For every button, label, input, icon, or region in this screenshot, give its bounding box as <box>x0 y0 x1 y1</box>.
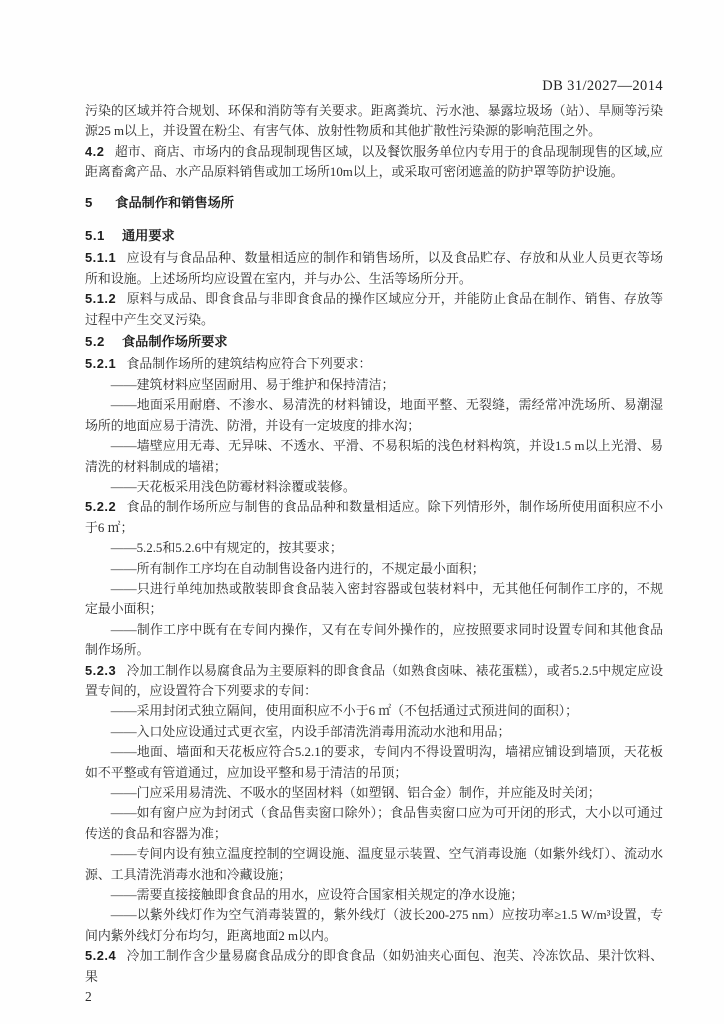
clause-text: 冷加工制作以易腐食品为主要原料的即食食品（如熟食卤味、裱花蛋糕），或者5.2.5… <box>85 664 663 698</box>
dash-list-item: ——入口处应设通过式更衣室，内设手部清洗消毒用流动水池和用品； <box>85 722 663 742</box>
clause-number: 5.1 <box>85 228 105 243</box>
dash-list-item: ——专间内设有独立温度控制的空调设施、温度显示装置、空气消毒设施（如紫外线灯）、… <box>85 844 663 885</box>
dash-list-item: ——建筑材料应坚固耐用、易于维护和保持清洁； <box>85 375 663 395</box>
section-heading: 5.1通用要求 <box>85 226 663 246</box>
dash-list-item: ——天花板采用浅色防霉材料涂覆或装修。 <box>85 477 663 497</box>
dash-list-item: ——以紫外线灯作为空气消毒装置的，紫外线灯（波长200-275 nm）应按功率≥… <box>85 905 663 946</box>
dash-list-item: ——地面、墙面和天花板应符合5.2.1的要求，专间内不得设置明沟，墙裙应铺设到墙… <box>85 742 663 783</box>
clause-number: 5.1.2 <box>85 291 116 306</box>
clause-paragraph: 5.2.2食品的制作场所应与制售的食品品种和数量相适应。除下列情形外，制作场所使… <box>85 497 663 538</box>
clause-text: 冷加工制作含少量易腐食品成分的即食食品（如奶油夹心面包、泡芙、冷冻饮品、果汁饮料… <box>85 949 663 983</box>
chapter-heading: 5食品制作和销售场所 <box>85 193 663 213</box>
clause-number: 5.1.1 <box>85 250 116 265</box>
clause-number: 5.2.4 <box>85 948 116 963</box>
dash-list-item: ——5.2.5和5.2.6中有规定的，按其要求； <box>85 538 663 558</box>
clause-text: 食品制作场所要求 <box>122 334 228 349</box>
dash-list-item: ——地面采用耐磨、不渗水、易清洗的材料铺设，地面平整、无裂缝，需经常冲洗场所、易… <box>85 395 663 436</box>
clause-text: 超市、商店、市场内的食品现制现售区域，以及餐饮服务单位内专用于的食品现制现售的区… <box>85 145 663 179</box>
clause-text: 食品的制作场所应与制售的食品品种和数量相适应。除下列情形外，制作场所使用面积应不… <box>85 500 663 534</box>
clause-number: 4.2 <box>85 144 104 159</box>
dash-list-item: ——采用封闭式独立隔间，使用面积应不小于6 ㎡（不包括通过式预进间的面积）； <box>85 701 663 721</box>
clause-number: 5 <box>85 195 93 210</box>
clause-paragraph: 4.2超市、商店、市场内的食品现制现售区域，以及餐饮服务单位内专用于的食品现制现… <box>85 142 663 183</box>
clause-text: 应设有与食品品种、数量相适应的制作和销售场所，以及食品贮存、存放和从业人员更衣等… <box>85 251 663 285</box>
clause-number: 5.2.2 <box>85 499 116 514</box>
page-number: 2 <box>85 989 663 1005</box>
document-page: DB 31/2027—2014 污染的区域并符合规划、环保和消防等有关要求。距离… <box>0 0 724 1024</box>
clause-paragraph: 5.2.4冷加工制作含少量易腐食品成分的即食食品（如奶油夹心面包、泡芙、冷冻饮品… <box>85 946 663 987</box>
section-heading: 5.2食品制作场所要求 <box>85 332 663 352</box>
clause-number: 5.2 <box>85 334 105 349</box>
clause-text: 通用要求 <box>122 228 175 243</box>
document-body: 污染的区域并符合规划、环保和消防等有关要求。距离粪坑、污水池、暴露垃圾场（站）、… <box>85 101 663 1005</box>
dash-list-item: ——只进行单纯加热或散装即食食品装入密封容器或包装材料中，无其他任何制作工序的，… <box>85 579 663 620</box>
dash-list-item: ——如有窗户应为封闭式（食品售卖窗口除外）；食品售卖窗口应为可开闭的形式，大小以… <box>85 803 663 844</box>
dash-list-item: ——制作工序中既有在专间内操作，又有在专间外操作的，应按照要求同时设置专间和其他… <box>85 620 663 661</box>
clause-paragraph: 5.2.3冷加工制作以易腐食品为主要原料的即食食品（如熟食卤味、裱花蛋糕），或者… <box>85 661 663 702</box>
dash-list-item: ——门应采用易清洗、不吸水的坚固材料（如塑钢、铝合金）制作，并应能及时关闭； <box>85 783 663 803</box>
dash-list-item: ——需要直接接触即食食品的用水，应设符合国家相关规定的净水设施； <box>85 885 663 905</box>
dash-list-item: ——所有制作工序均在自动制售设备内进行的，不规定最小面积； <box>85 559 663 579</box>
clause-paragraph: 5.1.1应设有与食品品种、数量相适应的制作和销售场所，以及食品贮存、存放和从业… <box>85 248 663 289</box>
clause-number: 5.2.1 <box>85 356 116 371</box>
clause-paragraph: 5.2.1食品制作场所的建筑结构应符合下列要求： <box>85 354 663 374</box>
clause-text: 食品制作和销售场所 <box>115 195 234 210</box>
standard-number: DB 31/2027—2014 <box>85 78 663 95</box>
continued-paragraph: 污染的区域并符合规划、环保和消防等有关要求。距离粪坑、污水池、暴露垃圾场（站）、… <box>85 101 663 142</box>
clause-number: 5.2.3 <box>85 663 116 678</box>
clause-text: 食品制作场所的建筑结构应符合下列要求： <box>126 357 371 371</box>
clause-text: 原料与成品、即食食品与非即食食品的操作区域应分开，并能防止食品在制作、销售、存放… <box>85 292 663 326</box>
clause-paragraph: 5.1.2原料与成品、即食食品与非即食食品的操作区域应分开，并能防止食品在制作、… <box>85 289 663 330</box>
dash-list-item: ——墙壁应用无毒、无异味、不透水、平滑、不易积垢的浅色材料构筑，并设1.5 m以… <box>85 436 663 477</box>
